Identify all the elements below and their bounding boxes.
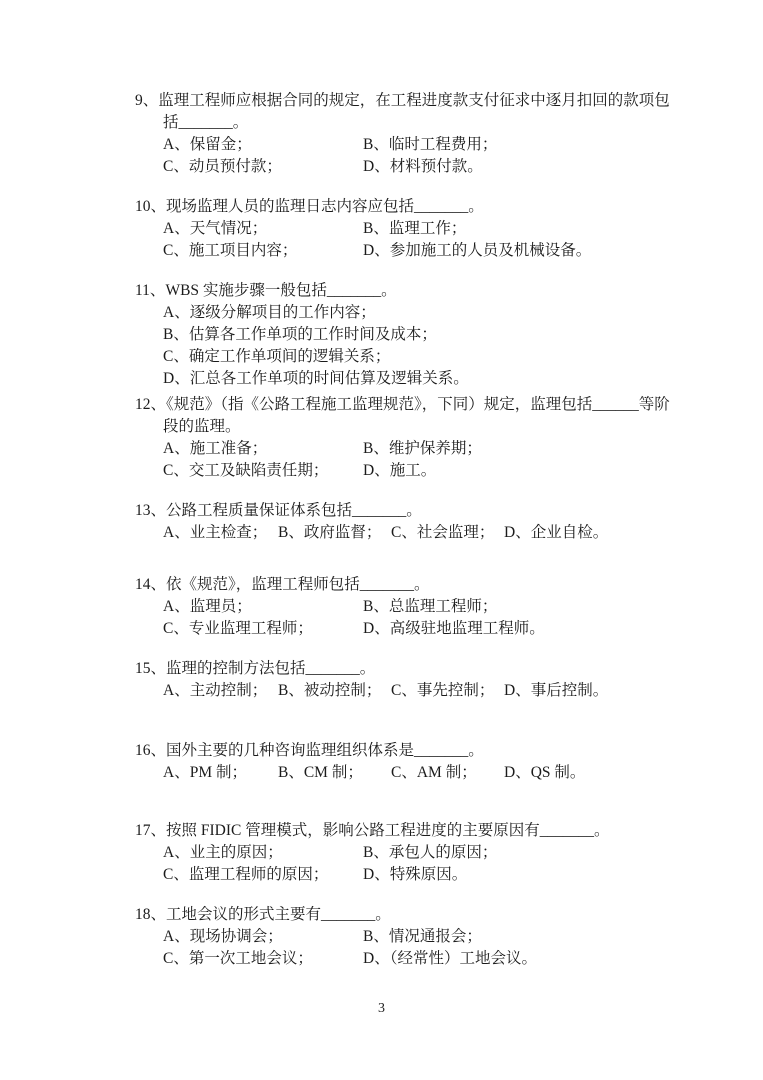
option-c: C、监理工程师的原因； bbox=[163, 864, 363, 886]
question-17: 17、按照 FIDIC 管理模式，影响公路工程进度的主要原因有_______。 … bbox=[135, 820, 743, 886]
question-text: 工地会议的形式主要有_______。 bbox=[166, 906, 391, 923]
option-a: A、监理员； bbox=[163, 596, 363, 618]
option-c: C、施工项目内容； bbox=[163, 240, 363, 262]
question-stem: 11、WBS 实施步骤一般包括_______。 bbox=[163, 280, 671, 302]
option-a: A、业主的原因； bbox=[163, 842, 363, 864]
option-c: C、确定工作单项间的逻辑关系； bbox=[163, 346, 469, 368]
options: A、业主检查； B、政府监督； C、社会监理； D、企业自检。 bbox=[163, 522, 743, 544]
question-number: 18、 bbox=[135, 906, 166, 923]
question-18: 18、工地会议的形式主要有_______。 A、现场协调会； B、情况通报会； … bbox=[135, 904, 743, 970]
question-text: 《规范》（指《公路工程施工监理规范》，下同）规定，监理包括______等阶段的监… bbox=[163, 396, 670, 435]
option-c: C、社会监理； bbox=[391, 522, 504, 544]
question-12: 12、《规范》（指《公路工程施工监理规范》，下同）规定，监理包括______等阶… bbox=[135, 394, 743, 482]
option-a: A、现场协调会； bbox=[163, 926, 363, 948]
option-a: A、逐级分解项目的工作内容； bbox=[163, 302, 469, 324]
question-stem: 18、工地会议的形式主要有_______。 bbox=[163, 904, 671, 926]
option-b: B、政府监督； bbox=[278, 522, 391, 544]
option-d: D、特殊原因。 bbox=[363, 864, 743, 886]
option-d: D、汇总各工作单项的时间估算及逻辑关系。 bbox=[163, 368, 469, 390]
options: A、逐级分解项目的工作内容； B、估算各工作单项的工作时间及成本； C、确定工作… bbox=[163, 302, 743, 390]
question-number: 13、 bbox=[135, 502, 166, 519]
question-10: 10、现场监理人员的监理日志内容应包括_______。 A、天气情况； B、监理… bbox=[135, 196, 743, 262]
option-d: D、材料预付款。 bbox=[363, 156, 743, 178]
option-c: C、交工及缺陷责任期； bbox=[163, 460, 363, 482]
option-d: D、QS 制。 bbox=[504, 762, 743, 784]
question-stem: 15、监理的控制方法包括_______。 bbox=[163, 658, 671, 680]
question-text: 现场监理人员的监理日志内容应包括_______。 bbox=[166, 198, 484, 215]
option-a: A、保留金； bbox=[163, 134, 363, 156]
option-a: A、PM 制； bbox=[163, 762, 278, 784]
options: A、主动控制； B、被动控制； C、事先控制； D、事后控制。 bbox=[163, 680, 743, 702]
question-stem: 13、公路工程质量保证体系包括_______。 bbox=[163, 500, 671, 522]
option-b: B、承包人的原因； bbox=[363, 842, 743, 864]
question-number: 9、 bbox=[135, 92, 158, 109]
question-text: WBS 实施步骤一般包括_______。 bbox=[165, 282, 396, 299]
question-text: 监理的控制方法包括_______。 bbox=[166, 660, 375, 677]
question-13: 13、公路工程质量保证体系包括_______。 A、业主检查； B、政府监督； … bbox=[135, 500, 743, 544]
question-number: 17、 bbox=[135, 822, 166, 839]
option-a: A、天气情况； bbox=[163, 218, 363, 240]
question-text: 监理工程师应根据合同的规定，在工程进度款支付征求中逐月扣回的款项包括______… bbox=[158, 92, 670, 131]
question-9: 9、监理工程师应根据合同的规定，在工程进度款支付征求中逐月扣回的款项包括____… bbox=[135, 90, 743, 178]
option-d: D、企业自检。 bbox=[504, 522, 743, 544]
question-text: 依《规范》，监理工程师包括_______。 bbox=[166, 576, 430, 593]
question-16: 16、国外主要的几种咨询监理组织体系是_______。 A、PM 制； B、CM… bbox=[135, 740, 743, 784]
option-d: D、高级驻地监理工程师。 bbox=[363, 618, 743, 640]
options: A、业主的原因； B、承包人的原因； C、监理工程师的原因； D、特殊原因。 bbox=[163, 842, 743, 886]
option-b: B、总监理工程师； bbox=[363, 596, 743, 618]
options: A、保留金； B、临时工程费用； C、动员预付款； D、材料预付款。 bbox=[163, 134, 743, 178]
option-a: A、施工准备； bbox=[163, 438, 363, 460]
question-stem: 16、国外主要的几种咨询监理组织体系是_______。 bbox=[163, 740, 671, 762]
option-b: B、情况通报会； bbox=[363, 926, 743, 948]
option-b: B、维护保养期； bbox=[363, 438, 743, 460]
question-14: 14、依《规范》，监理工程师包括_______。 A、监理员； B、总监理工程师… bbox=[135, 574, 743, 640]
question-number: 10、 bbox=[135, 198, 166, 215]
page-number: 3 bbox=[0, 998, 763, 1020]
question-11: 11、WBS 实施步骤一般包括_______。 A、逐级分解项目的工作内容； B… bbox=[135, 280, 743, 390]
question-stem: 14、依《规范》，监理工程师包括_______。 bbox=[163, 574, 671, 596]
option-d: D、（经常性）工地会议。 bbox=[363, 948, 743, 970]
option-b: B、CM 制； bbox=[278, 762, 391, 784]
question-stem: 17、按照 FIDIC 管理模式，影响公路工程进度的主要原因有_______。 bbox=[163, 820, 671, 842]
question-stem: 12、《规范》（指《公路工程施工监理规范》，下同）规定，监理包括______等阶… bbox=[163, 394, 671, 438]
option-a: A、业主检查； bbox=[163, 522, 278, 544]
question-stem: 10、现场监理人员的监理日志内容应包括_______。 bbox=[163, 196, 671, 218]
option-c: C、专业监理工程师； bbox=[163, 618, 363, 640]
options: A、监理员； B、总监理工程师； C、专业监理工程师； D、高级驻地监理工程师。 bbox=[163, 596, 743, 640]
question-number: 12、 bbox=[135, 396, 166, 413]
option-b: B、监理工作； bbox=[363, 218, 743, 240]
question-text: 公路工程质量保证体系包括_______。 bbox=[166, 502, 422, 519]
question-number: 16、 bbox=[135, 742, 166, 759]
question-number: 15、 bbox=[135, 660, 166, 677]
option-b: B、临时工程费用； bbox=[363, 134, 743, 156]
option-a: A、主动控制； bbox=[163, 680, 278, 702]
options: A、天气情况； B、监理工作； C、施工项目内容； D、参加施工的人员及机械设备… bbox=[163, 218, 743, 262]
question-number: 14、 bbox=[135, 576, 166, 593]
option-c: C、AM 制； bbox=[391, 762, 504, 784]
options: A、PM 制； B、CM 制； C、AM 制； D、QS 制。 bbox=[163, 762, 743, 784]
options: A、施工准备； B、维护保养期； C、交工及缺陷责任期； D、施工。 bbox=[163, 438, 743, 482]
option-c: C、第一次工地会议； bbox=[163, 948, 363, 970]
document-page: 9、监理工程师应根据合同的规定，在工程进度款支付征求中逐月扣回的款项包括____… bbox=[0, 0, 763, 1080]
question-stem: 9、监理工程师应根据合同的规定，在工程进度款支付征求中逐月扣回的款项包括____… bbox=[163, 90, 671, 134]
question-text: 国外主要的几种咨询监理组织体系是_______。 bbox=[166, 742, 484, 759]
question-15: 15、监理的控制方法包括_______。 A、主动控制； B、被动控制； C、事… bbox=[135, 658, 743, 702]
option-b: B、估算各工作单项的工作时间及成本； bbox=[163, 324, 469, 346]
question-text: 按照 FIDIC 管理模式，影响公路工程进度的主要原因有_______。 bbox=[166, 822, 609, 839]
option-c: C、事先控制； bbox=[391, 680, 504, 702]
option-d: D、事后控制。 bbox=[504, 680, 743, 702]
question-number: 11、 bbox=[135, 282, 165, 299]
option-c: C、动员预付款； bbox=[163, 156, 363, 178]
exam-questions: 9、监理工程师应根据合同的规定，在工程进度款支付征求中逐月扣回的款项包括____… bbox=[0, 0, 763, 970]
option-d: D、施工。 bbox=[363, 460, 743, 482]
options: A、现场协调会； B、情况通报会； C、第一次工地会议； D、（经常性）工地会议… bbox=[163, 926, 743, 970]
option-b: B、被动控制； bbox=[278, 680, 391, 702]
option-d: D、参加施工的人员及机械设备。 bbox=[363, 240, 743, 262]
